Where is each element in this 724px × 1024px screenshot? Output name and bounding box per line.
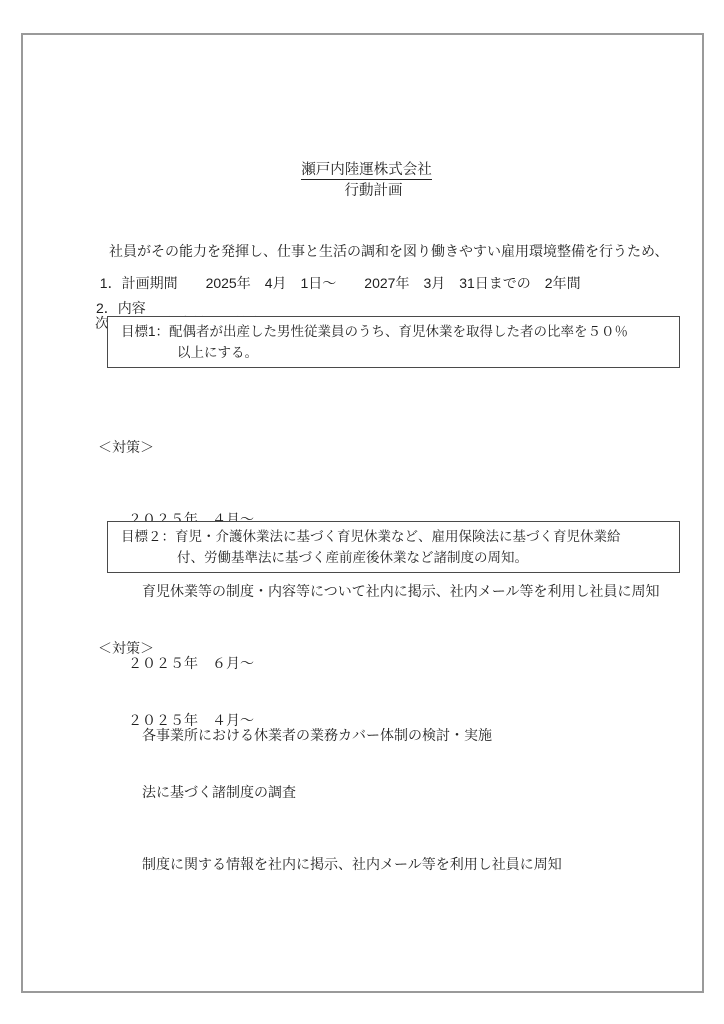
goal1-line-1: 目標1：配偶者が出産した男性従業員のうち、育児休業を取得した者の比率を５０％ [121,321,669,342]
goal2-line-1: 目標２：育児・介護休業法に基づく育児休業など、雇用保険法に基づく育児休業給 [121,526,669,547]
measures2-date-1: ２０２５年 ４月～ [128,708,562,732]
measures2-detail-1: 法に基づく諸制度の調査 [142,780,562,804]
contents-heading: 2．内容 [96,298,146,318]
measures1-heading: ＜対策＞ [98,435,659,459]
plan-period-heading: 1．計画期間 [100,275,178,291]
plan-period-line: 1．計画期間 2025年 4月 1日～ 2027年 3月 31日までの 2年間 [92,257,581,293]
measures2-heading: ＜対策＞ [98,636,562,660]
goal2-line-2: 付、労働基準法に基づく産前産後休業など諸制度の周知。 [121,547,669,568]
measures2-detail-2: 制度に関する情報を社内に掲示、社内メール等を利用し社員に周知 [142,852,562,876]
goal2-box: 目標２：育児・介護休業法に基づく育児休業など、雇用保険法に基づく育児休業給 付、… [107,521,680,573]
measures-section-2: ＜対策＞ ２０２５年 ４月～ 法に基づく諸制度の調査 制度に関する情報を社内に掲… [98,588,562,900]
plan-period-gap [178,275,206,291]
goal1-line-2: 以上にする。 [121,342,669,363]
company-name: 瀬戸内陸運株式会社 [301,162,432,180]
plan-period-value: 2025年 4月 1日～ 2027年 3月 31日までの 2年間 [206,275,581,291]
goal1-box: 目標1：配偶者が出産した男性従業員のうち、育児休業を取得した者の比率を５０％ 以… [107,316,680,368]
